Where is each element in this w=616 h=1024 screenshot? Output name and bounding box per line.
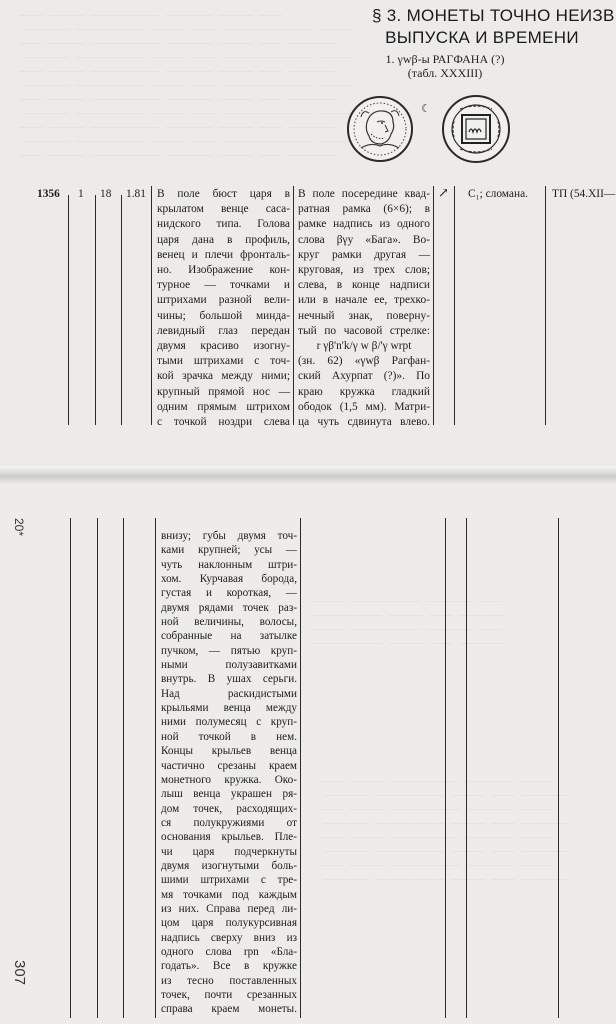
column-rule [445,518,446,1018]
text-line: ками крупней; усы — [161,543,297,557]
column-rule [454,186,455,425]
text-line: крупный прямой нос — [157,385,290,400]
text-line: венец и плечи фронталь- [157,248,290,263]
reverse-description: В поле посередине квад-ратная рамка (6×6… [298,187,430,430]
text-line: Над раскидистыми [161,687,297,701]
text-line: турное — точками и [157,278,290,293]
text-line: монетного кружка. Око- [161,773,297,787]
column-rule [545,186,546,425]
column-rule [70,518,71,1018]
text-line: внутрь. В ушах серьги. [161,672,297,686]
text-line: тыми штрихами с точ- [157,354,290,369]
column-rule [433,186,434,425]
text-line: мя точками под каждым [161,888,297,902]
text-line: дом точек, расходящих- [161,802,297,816]
page-top: —— ——— —————— ———— ——— —— ———— —————— ——… [0,0,616,466]
coin-diameter: 18 [100,187,111,202]
text-line: годать». Все в кружке [161,959,297,973]
text-line: основания крыльев. Пле- [161,830,297,844]
text-line: шими штрихами с тре- [161,873,297,887]
text-line: или в начале ее, трехко- [298,293,430,308]
page-number: 307 [11,960,28,985]
text-line: крылатом венце саса- [157,202,290,217]
text-line: рамке надпись из одного [298,217,430,232]
bleed-through-text: —— ——— —————— ———— ——— ———— —————— ——— —… [320,774,568,886]
text-line: частично срезаны краем [161,759,297,773]
text-line: с точкой ноздри слева [157,415,290,430]
text-line: слова βγy «Бага». Во- [298,233,430,248]
signature-mark: 20* [12,518,26,536]
text-line: нидского типа. Голова [157,217,290,232]
column-rule [123,518,124,1018]
text-line: ной величины, волосы, [161,615,297,629]
text-line: ратная рамка (6×6); в [298,202,430,217]
text-line: ними полумесяц с круп- [161,715,297,729]
text-line: круг рамки другая — [298,248,430,263]
text-line: кой зрачка между ними; [157,369,290,384]
text-line: (зн. 62) «γwβ Рагфан- [298,354,430,369]
text-line: штрихами разной вели- [157,293,290,308]
column-rule [121,195,122,425]
text-line: ободок (1,5 мм). Матри- [298,400,430,415]
catalog-number: 1356 [37,187,60,202]
column-rule [558,518,559,1018]
subsection-title: 1. γwβ-ы РАГФАНА (?) [340,52,550,66]
text-line: одним прямым штрихом [157,400,290,415]
column-rule [300,518,301,1018]
text-line: Концы крыльев венца [161,744,297,758]
text-line: внизу; губы двумя точ- [161,529,297,543]
coin-weight: 1.81 [126,187,146,202]
text-line: лыш венца украшен ря- [161,787,297,801]
coin-obverse-icon [347,96,413,162]
die-axis-icon: ↗ [438,185,449,200]
text-line: В поле бюст царя в [157,187,290,202]
text-line: пучком, — пятью круп- [161,644,297,658]
column-rule [466,518,467,1018]
text-line: собранные на затылке [161,629,297,643]
text-line: одного слова rpn «Бла- [161,945,297,959]
column-rule [293,186,294,425]
text-line: чуть наклонным штри- [161,558,297,572]
text-line: чи царя подчеркнуты [161,845,297,859]
section-title-continued: ВЫПУСКА И ВРЕМЕНИ [348,28,616,48]
condition-note: C₁; сломана. [468,187,528,202]
text-line: ца чуть сдвинута влево. [298,415,430,430]
text-line: хом. Курчавая борода, [161,572,297,586]
text-line: краю кружка гладкий [298,385,430,400]
obverse-description-continued: внизу; губы двумя точ-ками крупней; усы … [161,529,297,1017]
section-title: § 3. МОНЕТЫ ТОЧНО НЕИЗВЕСТНОГО МЕСТА [372,6,616,26]
text-line: но. Изображение кон- [157,263,290,278]
text-line: двумя рядами точек раз- [161,601,297,615]
text-line: круговая, из трех слов; [298,263,430,278]
coin-reverse-icon [442,95,510,163]
text-line: чины; большой минда- [157,309,290,324]
text-line: слева, в конце надписи [298,278,430,293]
column-rule [97,518,98,1018]
text-line: царя дана в профиль, [157,233,290,248]
text-line: нечный знак, поверну- [298,309,430,324]
text-line: ся полукружиями от [161,816,297,830]
text-line: В поле посередине квад- [298,187,430,202]
text-line: r γβ'n'k/γ w β/'γ wrpt [298,339,430,354]
text-line: густая и короткая, — [161,586,297,600]
text-line: точек, почти срезанных [161,988,297,1002]
column-rule [68,195,69,425]
text-line: двумя красиво изогну- [157,339,290,354]
text-line: тый по часовой стрелке: [298,324,430,339]
text-line: двумя изогнутыми боль- [161,859,297,873]
find-reference: ТП (54.XII— [552,187,615,202]
text-line: крыльями венца между [161,701,297,715]
text-line: левидный глаз передан [157,324,290,339]
text-line: справа краем монеты. [161,1002,297,1016]
coin-count: 1 [78,187,84,202]
page-bottom: ——— —————— ———— —— —————— ——— —— ———— ——… [0,484,616,1024]
text-line: ский Ахурпат (?)». По [298,369,430,384]
page-separator [0,466,616,484]
bleed-through-text: —— ——— —————— ———— ——— —— ———— —————— ——… [20,8,355,162]
text-line: из тесно поставленных [161,974,297,988]
column-rule [155,518,156,1018]
text-line: ными полузавитками [161,658,297,672]
obverse-description: В поле бюст царя вкрылатом венце саса-ни… [157,187,290,430]
text-line: цом царя полукурсивная [161,916,297,930]
column-rule [95,195,96,425]
column-rule [151,186,152,425]
text-line: надпись сверху вниз из [161,931,297,945]
bleed-through-text: ——— —————— ———— —— —————— ——— —— ———— ——… [310,594,505,650]
text-line: из них. Справа перед ли- [161,902,297,916]
text-line: ной точкой в нем. [161,730,297,744]
crescent-mark: ☾ [421,102,431,115]
plate-reference: (табл. XXXIII) [340,66,550,80]
